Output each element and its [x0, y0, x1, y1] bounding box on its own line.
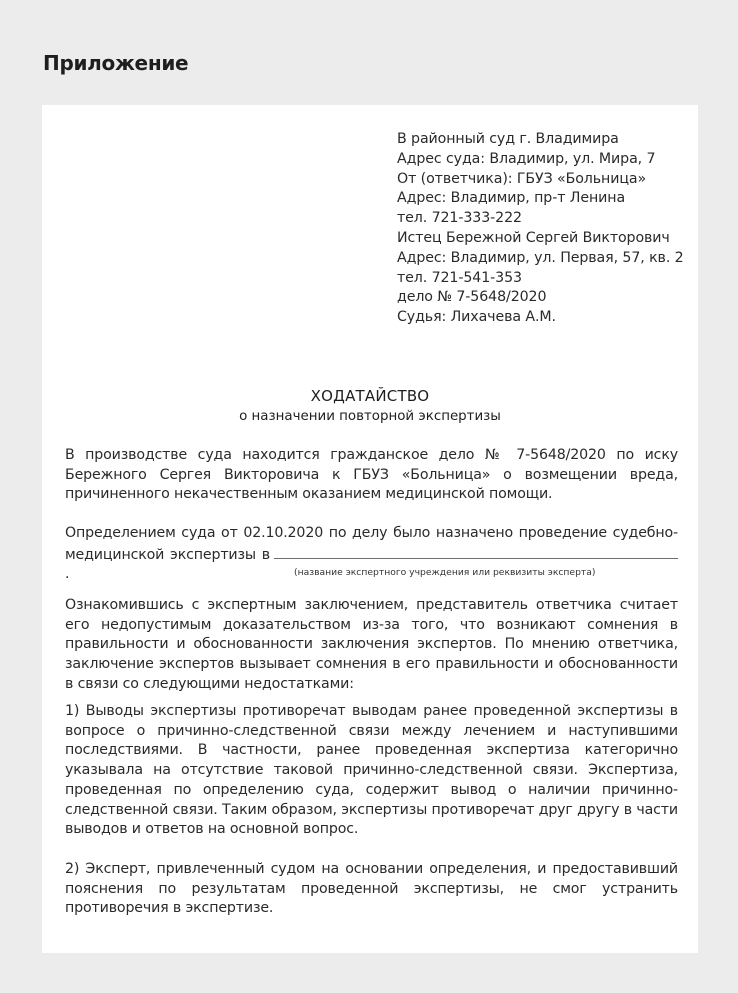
- addressee-defendant-address: Адрес: Владимир, пр-т Ленина: [397, 189, 684, 209]
- paragraph-court-ruling-end: .: [65, 566, 69, 582]
- paragraph-deficiency-2: 2) Эксперт, привлеченный судом на основа…: [65, 860, 678, 919]
- addressee-court: В районный суд г. Владимира: [397, 130, 684, 150]
- paragraph-objection: Ознакомившись с экспертным заключением, …: [65, 596, 678, 695]
- addressee-block: В районный суд г. Владимира Адрес суда: …: [397, 130, 684, 328]
- addressee-judge: Судья: Лихачева А.М.: [397, 308, 684, 328]
- document-title: ХОДАТАЙСТВО: [42, 386, 698, 406]
- document-subtitle: о назначении повторной экспертизы: [42, 407, 698, 427]
- addressee-case-number: дело № 7-5648/2020: [397, 288, 684, 308]
- addressee-plaintiff-phone: тел. 721-541-353: [397, 269, 684, 289]
- addressee-defendant-phone: тел. 721-333-222: [397, 209, 684, 229]
- paragraph-case-info: В производстве суда находится гражданско…: [65, 446, 678, 505]
- addressee-defendant: От (ответчика): ГБУЗ «Больница»: [397, 170, 684, 190]
- expert-institution-blank-field[interactable]: [274, 544, 678, 559]
- blank-field-caption: (название экспертного учреждения или рек…: [294, 567, 595, 579]
- addressee-plaintiff-address: Адрес: Владимир, ул. Первая, 57, кв. 2: [397, 249, 684, 269]
- addressee-court-address: Адрес суда: Владимир, ул. Мира, 7: [397, 150, 684, 170]
- document-page: В районный суд г. Владимира Адрес суда: …: [42, 105, 698, 953]
- paragraph-deficiency-1: 1) Выводы экспертизы противоречат вывода…: [65, 702, 678, 840]
- page-heading: Приложение: [43, 51, 188, 75]
- document-title-block: ХОДАТАЙСТВО о назначении повторной экспе…: [42, 386, 698, 427]
- addressee-plaintiff: Истец Бережной Сергей Викторович: [397, 229, 684, 249]
